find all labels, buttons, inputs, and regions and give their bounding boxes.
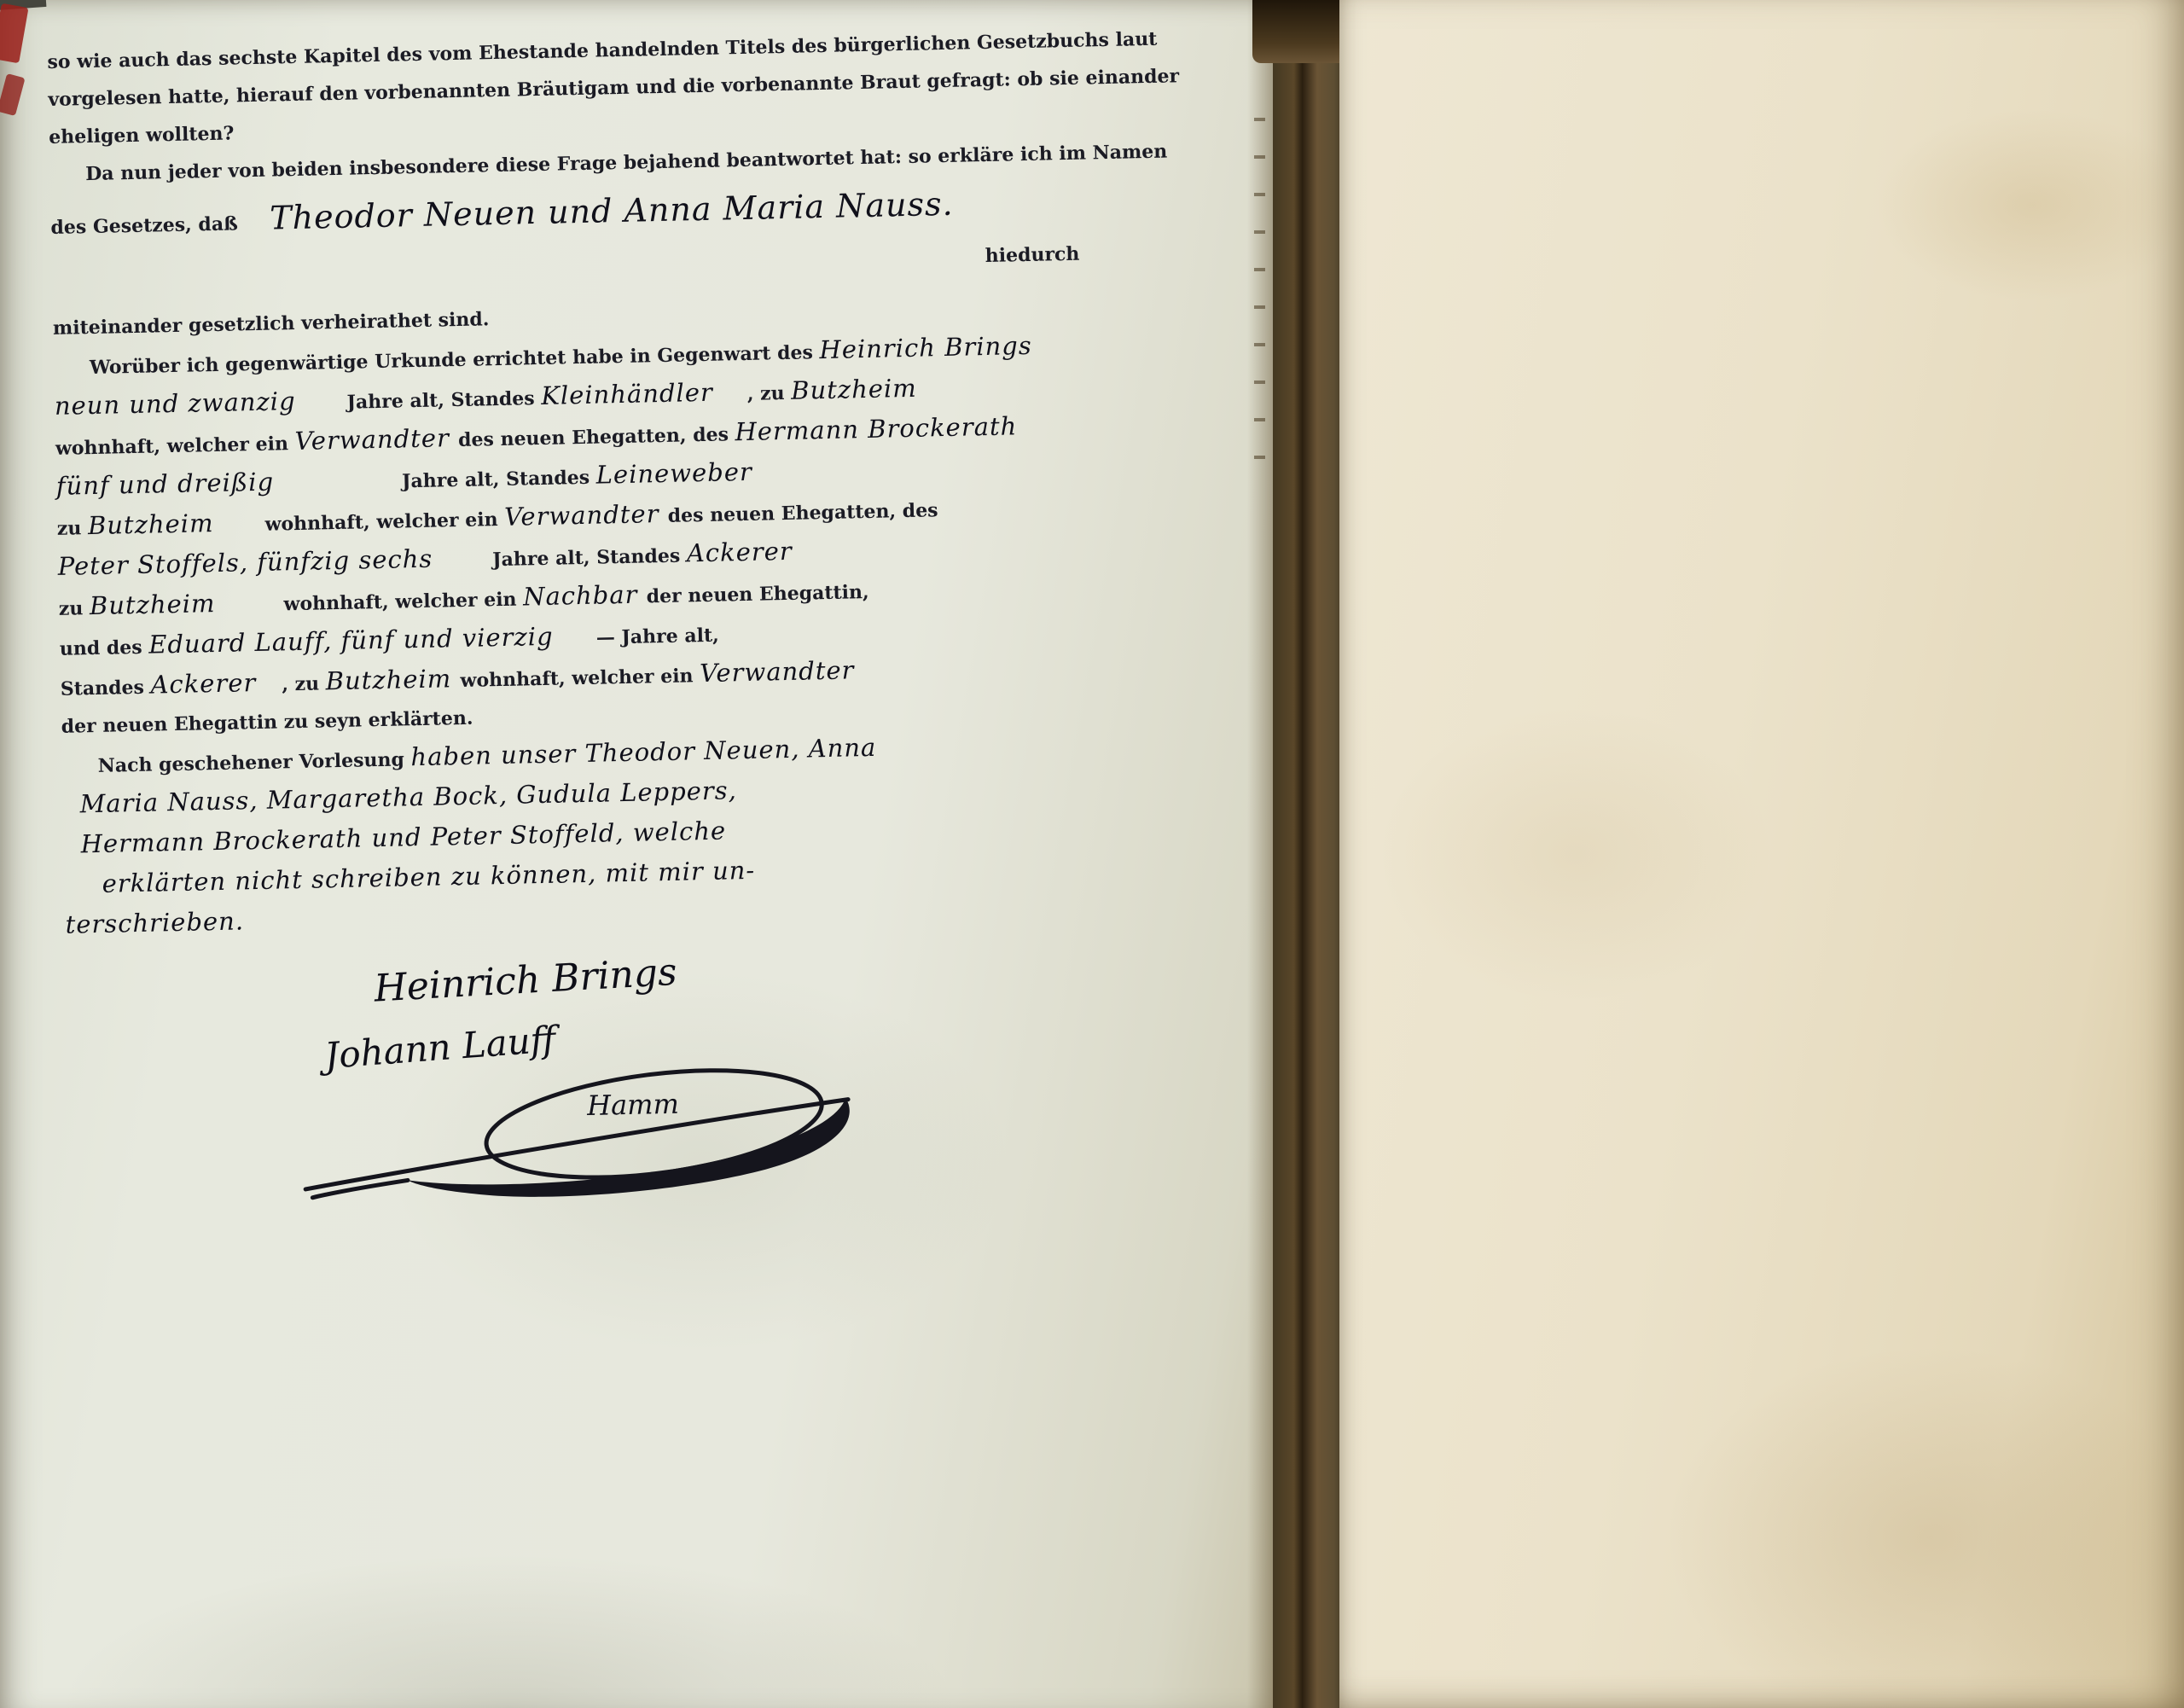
handwritten-text: Verwandter [294,423,458,456]
spacer [296,409,347,410]
spacer [274,487,402,490]
printed-text: zu [59,597,90,620]
handwritten-text: fünf und dreißig [55,468,274,501]
handwritten-text: Butzheim [88,508,214,540]
handwritten-text: Peter Stoffels, fünfzig sechs [57,544,433,581]
printed-text: hiedurch [985,243,1079,267]
handwritten-text: terschrieben. [65,906,244,938]
printed-text: wohnhaft, welcher ein [55,433,295,460]
handwritten-text: neun und zwanzig [55,386,296,421]
printed-text: , zu [747,382,792,405]
printed-text: eheligen wollten? [49,122,235,148]
red-edge-mark [0,3,28,64]
spacer [256,690,282,691]
printed-text: , zu [282,672,326,695]
book-spread: so wie auch das sechste Kapitel des vom … [0,0,2184,1708]
printed-text: Worüber ich gegenwärtige Urkunde erricht… [90,341,820,379]
left-page-text: so wie auch das sechste Kapitel des vom … [47,22,1133,1210]
printed-text: der neuen Ehegattin zu seyn erklärten. [61,707,473,738]
handwritten-text: Butzheim [325,664,460,695]
handwritten-text: Ackerer [150,668,256,700]
printed-text: miteinander gesetzlich verheirathet sind… [53,308,490,340]
handwritten-text: Hermann Brockerath [735,411,1017,446]
printed-text: Jahre alt, Standes [346,387,541,414]
binding-top [1252,0,1348,63]
spacer [216,610,284,612]
printed-text: — Jahre alt, [596,625,720,649]
spacer [1080,259,1114,260]
printed-text: Standes [61,677,151,700]
printed-text: des neuen Ehegatten, des [458,423,735,451]
handwritten-text: Butzheim [90,589,216,620]
left-page: so wie auch das sechste Kapitel des vom … [0,0,1273,1708]
handwritten-text: Leineweber [595,457,752,490]
printed-text: wohnhaft, welcher ein [460,665,700,692]
spacer [433,566,492,566]
handwritten-text: Nachbar [523,579,647,611]
handwritten-text: Heinrich Brings [819,331,1032,364]
printed-text: wohnhaft, welcher ein [264,508,504,536]
right-page: N.ro 6 Heiraths-Urkunde. Gemeinde Nettes… [1339,0,2184,1708]
printed-text: zu [57,517,89,540]
printed-text: und des [60,636,149,660]
printed-text: der neuen Ehegattin, [646,581,869,607]
handwritten-text: Butzheim [791,374,917,405]
signature-mayor: Hamm [586,1088,679,1122]
red-edge-mark [0,73,26,116]
handwritten-text: Verwandter [700,655,855,688]
printed-text: des neuen Ehegatten, des [667,499,938,527]
printed-text: des Gesetzes, daß [50,212,244,239]
page-edge-ticks [1254,84,1265,485]
printed-text: Nach geschehener Vorlesung [97,748,410,777]
handwritten-text: Ackerer [687,537,793,568]
handwritten-text: Kleinhändler [541,378,713,410]
spacer [214,531,265,532]
handwritten-text: haben unser Theodor Neuen, Anna [410,733,876,771]
printed-text: Jahre alt, Standes [402,467,596,493]
handwritten-text: Eduard Lauff, fünf und vierzig [148,622,562,659]
spacer [245,229,270,230]
spacer [713,400,747,401]
handwritten-text: Theodor Neuen und Anna Maria Nauss. [270,185,954,237]
printed-text: Jahre alt, Standes [492,544,687,571]
handwritten-text: Verwandter [504,499,668,532]
spacer [562,644,596,645]
printed-text: wohnhaft, welcher ein [283,588,523,615]
left-page-lines: so wie auch das sechste Kapitel des vom … [47,22,1128,947]
